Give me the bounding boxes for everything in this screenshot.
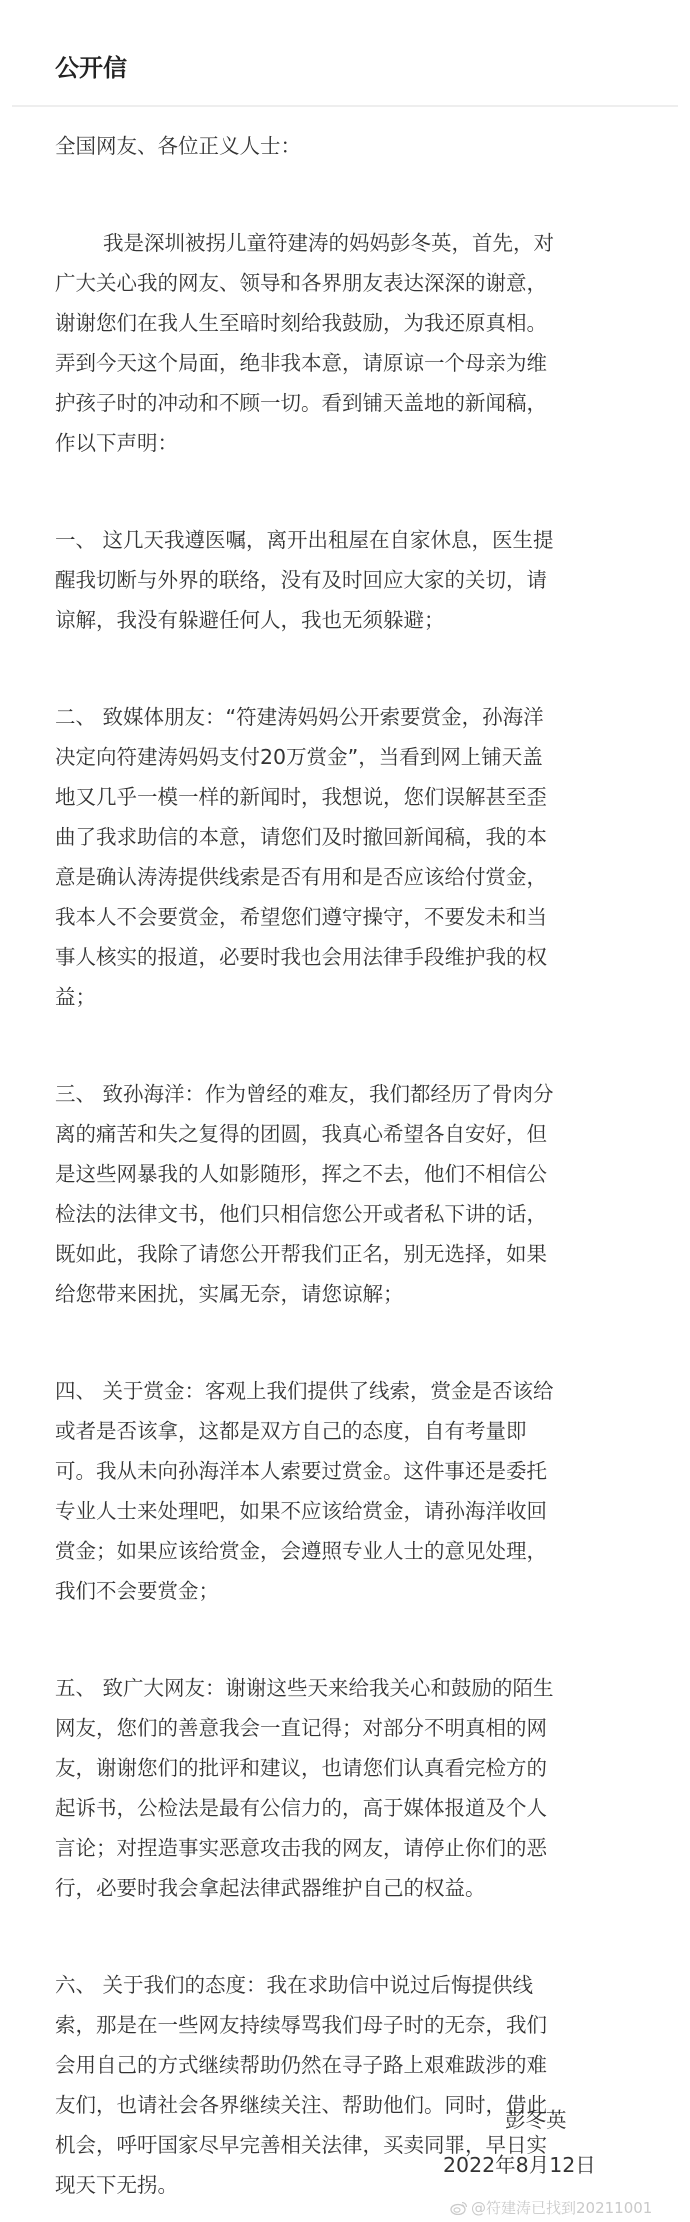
section-line: 六、 关于我们的态度：我在求助信中说过后悔提供线 — [55, 1965, 655, 2005]
letter-date: 2022年8月12日 — [443, 2148, 596, 2178]
watermark-text: @符建涛已找到20211001 — [471, 2197, 652, 2218]
section-line: 会用自己的方式继续帮助仍然在寻子路上艰难跋涉的难 — [55, 2045, 655, 2085]
section-line: 一、 这几天我遵医嘱，离开出租屋在自家休息，医生提 — [55, 520, 655, 560]
letter-title: 公开信 — [55, 48, 127, 83]
salutation: 全国网友、各位正义人士： — [55, 126, 655, 166]
section-1: 一、 这几天我遵医嘱，离开出租屋在自家休息，医生提 醒我切断与外界的联络，没有及… — [55, 520, 655, 640]
section-2: 二、 致媒体朋友：“符建涛妈妈公开索要赏金，孙海洋 决定向符建涛妈妈支付20万赏… — [55, 697, 655, 1017]
section-line: 醒我切断与外界的联络，没有及时回应大家的关切，请 — [55, 560, 655, 600]
section-line: 专业人士来处理吧，如果不应该给赏金，请孙海洋收回 — [55, 1491, 655, 1531]
section-line: 我本人不会要赏金，希望您们遵守操守，不要发未和当 — [55, 897, 655, 937]
section-line: 四、 关于赏金：客观上我们提供了线索，赏金是否该给 — [55, 1371, 655, 1411]
intro-line: 我是深圳被拐儿童符建涛的妈妈彭冬英，首先，对 — [55, 223, 655, 263]
section-line: 网友，您们的善意我会一直记得；对部分不明真相的网 — [55, 1708, 655, 1748]
section-line: 友，谢谢您们的批评和建议，也请您们认真看完检方的 — [55, 1748, 655, 1788]
section-line: 曲了我求助信的本意，请您们及时撤回新闻稿，我的本 — [55, 817, 655, 857]
section-line: 意是确认涛涛提供线索是否有用和是否应该给付赏金， — [55, 857, 655, 897]
section-3: 三、 致孙海洋：作为曾经的难友，我们都经历了骨肉分 离的痛苦和失之复得的团圆，我… — [55, 1074, 655, 1314]
section-line: 地又几乎一模一样的新闻时，我想说，您们误解甚至歪 — [55, 777, 655, 817]
section-4: 四、 关于赏金：客观上我们提供了线索，赏金是否该给 或者是否该拿，这都是双方自己… — [55, 1371, 655, 1611]
intro-line: 谢谢您们在我人生至暗时刻给我鼓励，为我还原真相。 — [55, 303, 655, 343]
section-line: 三、 致孙海洋：作为曾经的难友，我们都经历了骨肉分 — [55, 1074, 655, 1114]
section-line: 谅解，我没有躲避任何人，我也无须躲避； — [55, 600, 655, 640]
section-line: 检法的法律文书，他们只相信您公开或者私下讲的话， — [55, 1194, 655, 1234]
section-line: 是这些网暴我的人如影随形，挥之不去，他们不相信公 — [55, 1154, 655, 1194]
title-divider — [12, 105, 678, 107]
section-line: 决定向符建涛妈妈支付20万赏金”，当看到网上铺天盖 — [55, 737, 655, 777]
section-line: 可。我从未向孙海洋本人索要过赏金。这件事还是委托 — [55, 1451, 655, 1491]
intro-line: 广大关心我的网友、领导和各界朋友表达深深的谢意， — [55, 263, 655, 303]
section-line: 赏金；如果应该给赏金，会遵照专业人士的意见处理， — [55, 1531, 655, 1571]
section-line: 起诉书，公检法是最有公信力的，高于媒体报道及个人 — [55, 1788, 655, 1828]
section-line: 索，那是在一些网友持续辱骂我们母子时的无奈，我们 — [55, 2005, 655, 2045]
intro-line: 弄到今天这个局面，绝非我本意，请原谅一个母亲为维 — [55, 343, 655, 383]
weibo-icon — [450, 2201, 468, 2215]
intro-line: 护孩子时的冲动和不顾一切。看到铺天盖地的新闻稿， — [55, 383, 655, 423]
signature: 彭冬英 — [505, 2103, 567, 2133]
section-line: 益； — [55, 977, 655, 1017]
section-line: 我们不会要赏金； — [55, 1571, 655, 1611]
section-line: 既如此，我除了请您公开帮我们正名，别无选择，如果 — [55, 1234, 655, 1274]
letter-body: 全国网友、各位正义人士： 我是深圳被拐儿童符建涛的妈妈彭冬英，首先，对 广大关心… — [55, 126, 655, 2205]
section-line: 或者是否该拿，这都是双方自己的态度，自有考量即 — [55, 1411, 655, 1451]
section-line: 给您带来困扰，实属无奈，请您谅解； — [55, 1274, 655, 1314]
section-line: 五、 致广大网友：谢谢这些天来给我关心和鼓励的陌生 — [55, 1668, 655, 1708]
section-line: 二、 致媒体朋友：“符建涛妈妈公开索要赏金，孙海洋 — [55, 697, 655, 737]
section-5: 五、 致广大网友：谢谢这些天来给我关心和鼓励的陌生 网友，您们的善意我会一直记得… — [55, 1668, 655, 1908]
section-line: 言论；对捏造事实恶意攻击我的网友，请停止你们的恶 — [55, 1828, 655, 1868]
intro-paragraph: 我是深圳被拐儿童符建涛的妈妈彭冬英，首先，对 广大关心我的网友、领导和各界朋友表… — [55, 223, 655, 463]
section-line: 事人核实的报道，必要时我也会用法律手段维护我的权 — [55, 937, 655, 977]
intro-line: 作以下声明： — [55, 423, 655, 463]
section-line: 行，必要时我会拿起法律武器维护自己的权益。 — [55, 1868, 655, 1908]
section-line: 离的痛苦和失之复得的团圆，我真心希望各自安好，但 — [55, 1114, 655, 1154]
weibo-watermark: @符建涛已找到20211001 — [450, 2197, 652, 2218]
